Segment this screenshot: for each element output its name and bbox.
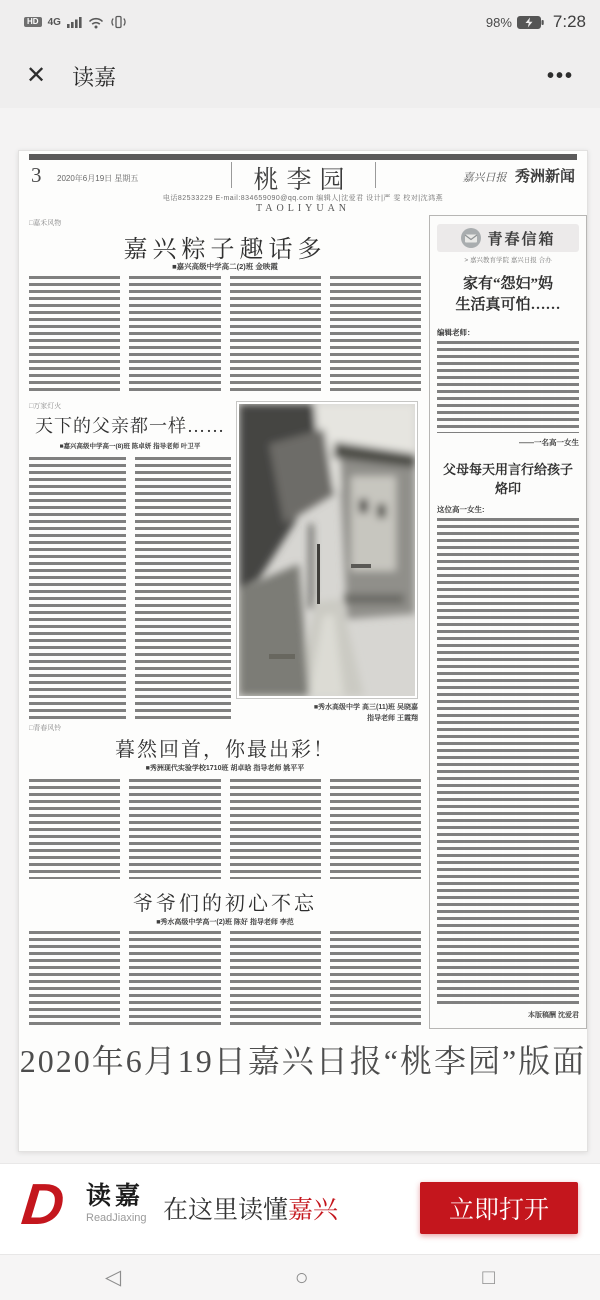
letterbox-subtitle: > 嘉兴教育学院 嘉兴日报 合办 bbox=[437, 255, 579, 264]
article-body-columns bbox=[29, 931, 421, 1029]
letter-title-line2: 生活真可怕…… bbox=[437, 295, 579, 316]
letterbox-logo-icon bbox=[460, 227, 482, 249]
masthead-divider-right bbox=[375, 162, 376, 188]
letterbox-logo-title: 青春信箱 bbox=[487, 228, 555, 249]
painting-caption: ■秀水高级中学 高三(11)班 吴晓嘉 指导老师 王霞翔 bbox=[236, 703, 418, 724]
body-text-column bbox=[330, 276, 421, 394]
painting-caption-line1: ■秀水高级中学 高三(11)班 吴晓嘉 bbox=[236, 703, 418, 714]
letter-title-line1: 家有“怨妇”妈 bbox=[437, 274, 579, 295]
article-title: 爷爷们的初心不忘 bbox=[29, 887, 421, 916]
app-logo-name-cn: 读嘉 bbox=[86, 1176, 144, 1212]
letter-title: 家有“怨妇”妈 生活真可怕…… bbox=[437, 274, 579, 316]
body-text-column bbox=[135, 457, 232, 719]
reply-salutation: 这位高一女生: bbox=[437, 504, 579, 515]
clock: 7:28 bbox=[553, 12, 586, 32]
vibrate-icon bbox=[110, 15, 127, 29]
newspaper-date: 2020年6月19日 星期五 bbox=[57, 173, 138, 184]
masthead-pinyin: TAOLIYUAN bbox=[19, 203, 587, 214]
network-type-label: 4G bbox=[48, 17, 61, 28]
close-icon[interactable]: ✕ bbox=[26, 64, 46, 88]
body-text-column bbox=[230, 276, 321, 394]
overflow-menu-icon[interactable]: ••• bbox=[547, 65, 574, 88]
letterbox-header: 青春信箱 bbox=[437, 224, 579, 252]
battery-percent: 98% bbox=[486, 15, 512, 30]
status-bar: HD 4G 98% 7:28 bbox=[0, 0, 600, 44]
nav-home-icon[interactable]: ○ bbox=[295, 1266, 309, 1289]
article-byline: ■嘉兴高级中学高二(2)班 金映霞 bbox=[29, 261, 421, 272]
signal-strength-icon bbox=[67, 16, 82, 28]
street-painting-image bbox=[236, 401, 418, 699]
letterbox-footer-note: 本版稿酬 沈爱君 bbox=[437, 1010, 579, 1020]
letter-body-text bbox=[437, 341, 579, 433]
body-text-column bbox=[29, 931, 120, 1029]
article-title: 嘉兴粽子趣话多 bbox=[29, 229, 421, 264]
body-text-column bbox=[129, 931, 220, 1029]
article-body-columns bbox=[29, 457, 231, 719]
article-title: 天下的父亲都一样…… bbox=[29, 412, 231, 438]
body-text-column bbox=[29, 779, 120, 879]
app-header: ✕ 读嘉 ••• bbox=[0, 44, 600, 108]
body-text-column bbox=[29, 457, 126, 719]
app-logo-name-en: ReadJiaxing bbox=[86, 1212, 147, 1224]
reply-body-text bbox=[437, 518, 579, 1006]
article-body-columns bbox=[29, 276, 421, 394]
youth-letterbox-column: 青春信箱 > 嘉兴教育学院 嘉兴日报 合办 家有“怨妇”妈 生活真可怕…… 编辑… bbox=[429, 215, 587, 1029]
section-label: □万家灯火 bbox=[29, 401, 61, 411]
nav-recents-icon[interactable]: □ bbox=[482, 1267, 495, 1288]
painting-caption-line2: 指导老师 王霞翔 bbox=[236, 714, 418, 725]
reply-title: 父母每天用言行给孩子烙印 bbox=[437, 459, 579, 497]
newspaper-brand: 嘉兴日报 秀洲新闻 bbox=[463, 165, 575, 186]
newspaper-page-number: 3 bbox=[31, 163, 42, 188]
battery-charging-icon bbox=[517, 16, 544, 29]
brand-section-name: 秀洲新闻 bbox=[515, 169, 575, 185]
slogan-highlight: 嘉兴 bbox=[288, 1197, 338, 1224]
readjiaxing-logo-icon: D bbox=[18, 1170, 67, 1240]
body-text-column bbox=[230, 779, 321, 879]
body-text-column bbox=[230, 931, 321, 1029]
open-app-button[interactable]: 立即打开 bbox=[420, 1182, 578, 1234]
body-text-column bbox=[129, 276, 220, 394]
article-body-columns bbox=[29, 779, 421, 879]
body-text-column bbox=[129, 779, 220, 879]
slogan-prefix: 在这里读懂 bbox=[163, 1197, 288, 1224]
body-text-column bbox=[330, 779, 421, 879]
letter-signature: ——一名高一女生 bbox=[437, 437, 579, 448]
section-label: □青春风铃 bbox=[29, 723, 61, 733]
wifi-icon bbox=[88, 16, 104, 29]
body-text-column bbox=[330, 931, 421, 1029]
newspaper-contact-line: 电话82533229 E-mail:834659090@qq.com 编辑人|沈… bbox=[19, 193, 587, 203]
nav-back-icon[interactable]: ◁ bbox=[105, 1267, 121, 1288]
letter-salutation: 编辑老师： bbox=[437, 327, 579, 338]
article-byline: ■秀洲现代实验学校1710班 胡卓晗 指导老师 姚平平 bbox=[29, 763, 421, 773]
share-caption: 2020年6月19日嘉兴日报“桃李园”版面 bbox=[19, 1039, 587, 1084]
app-slogan: 在这里读懂嘉兴 bbox=[163, 1190, 338, 1226]
hd-icon: HD bbox=[24, 17, 42, 27]
newspaper-masthead: 桃李园 bbox=[219, 160, 387, 196]
app-download-banner: D 读嘉 ReadJiaxing 在这里读懂嘉兴 立即打开 bbox=[0, 1163, 600, 1255]
article-title: 暮然回首，你最出彩！ bbox=[29, 733, 421, 762]
newspaper-page-image: 3 2020年6月19日 星期五 桃李园 嘉兴日报 秀洲新闻 电话8253322… bbox=[18, 150, 588, 1152]
section-label: □嘉禾风物 bbox=[29, 218, 61, 228]
article-byline: ■秀水高级中学高一(2)班 陈好 指导老师 李范 bbox=[29, 917, 421, 927]
article-byline: ■嘉兴高级中学高一(8)班 陈卓妍 指导老师 叶卫平 bbox=[29, 441, 231, 450]
body-text-column bbox=[29, 276, 120, 394]
page-title: 读嘉 bbox=[72, 61, 116, 92]
brand-logo-script: 嘉兴日报 bbox=[463, 172, 507, 184]
android-nav-bar: ◁ ○ □ bbox=[0, 1254, 600, 1300]
